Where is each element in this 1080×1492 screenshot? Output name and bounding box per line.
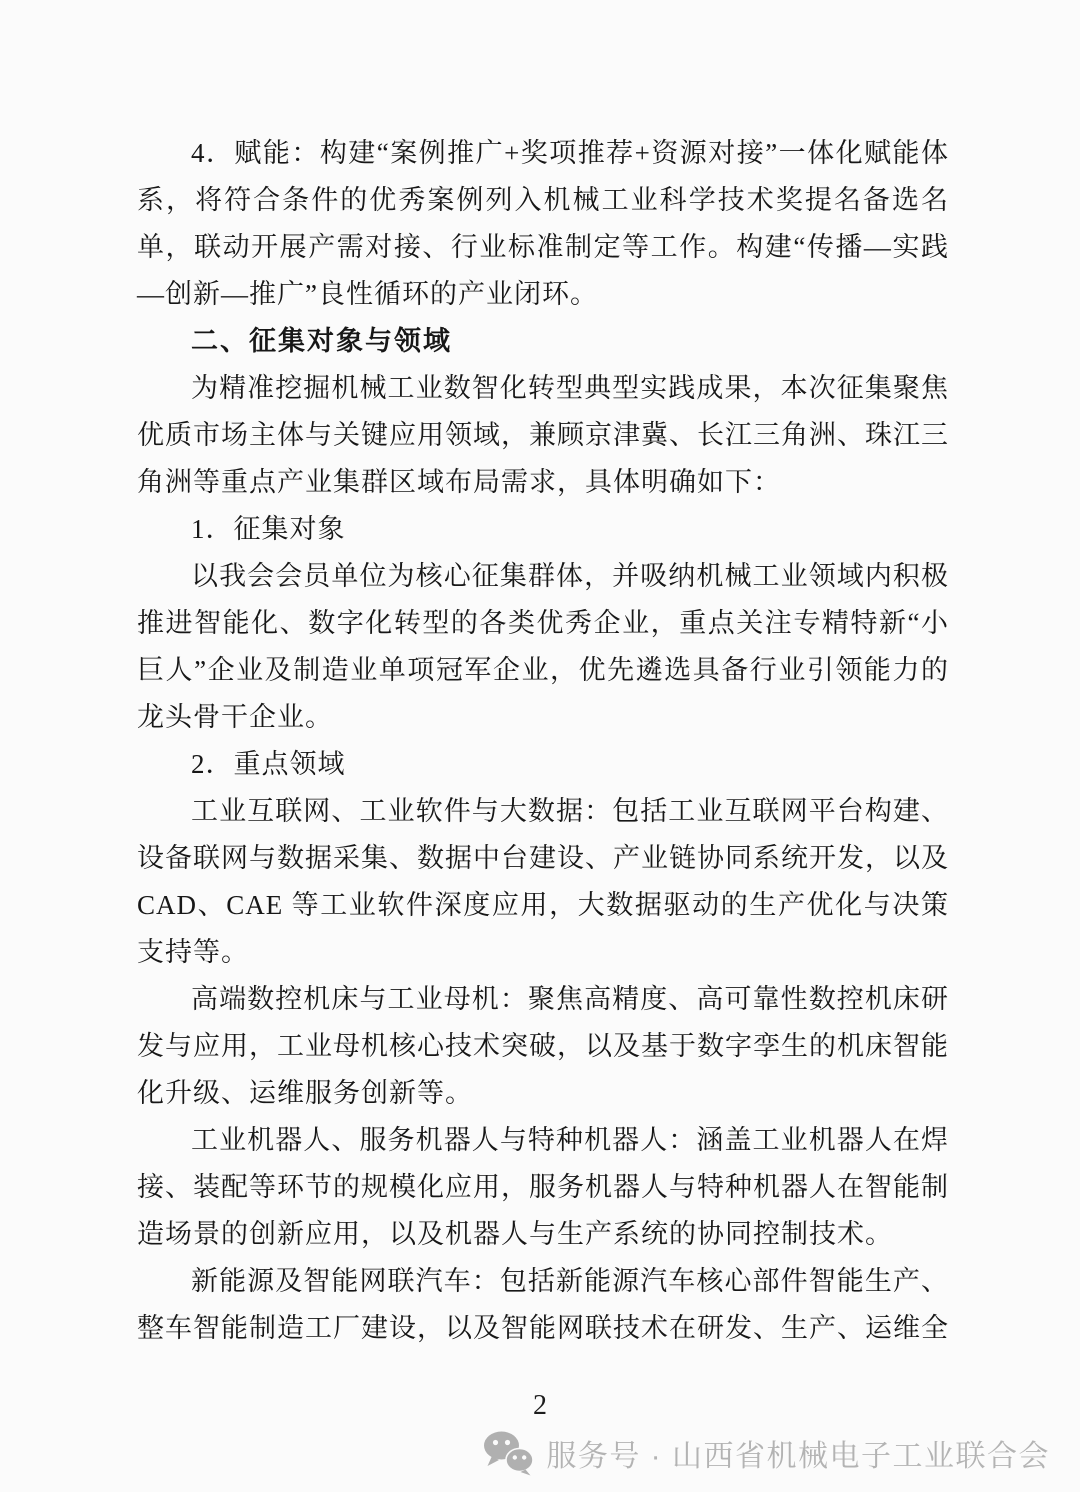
paragraph-intro: 为精准挖掘机械工业数智化转型典型实践成果，本次征集聚焦优质市场主体与关键应用领域…	[137, 365, 949, 506]
document-body: 4．赋能：构建“案例推广+奖项推荐+资源对接”一体化赋能体系，将符合条件的优秀案…	[137, 130, 949, 1352]
subheading-key-fields: 2．重点领域	[137, 741, 949, 788]
wechat-watermark: 服务号 · 山西省机械电子工业联合会	[482, 1424, 1050, 1482]
document-page: 4．赋能：构建“案例推广+奖项推荐+资源对接”一体化赋能体系，将符合条件的优秀案…	[0, 0, 1080, 1492]
paragraph-collection-targets: 以我会会员单位为核心征集群体，并吸纳机械工业领域内积极推进智能化、数字化转型的各…	[137, 553, 949, 741]
paragraph-empowerment: 4．赋能：构建“案例推广+奖项推荐+资源对接”一体化赋能体系，将符合条件的优秀案…	[137, 130, 949, 318]
wechat-account-label: 服务号 · 山西省机械电子工业联合会	[546, 1431, 1050, 1475]
paragraph-nev-vehicles: 新能源及智能网联汽车：包括新能源汽车核心部件智能生产、整车智能制造工厂建设，以及…	[137, 1258, 949, 1352]
wechat-icon	[482, 1428, 536, 1478]
paragraph-cnc-machine-tools: 高端数控机床与工业母机：聚焦高精度、高可靠性数控机床研发与应用，工业母机核心技术…	[137, 976, 949, 1117]
subheading-collection-targets: 1．征集对象	[137, 506, 949, 553]
section-heading-collection-scope: 二、征集对象与领域	[137, 318, 949, 365]
page-number: 2	[0, 1390, 1080, 1422]
paragraph-robots: 工业机器人、服务机器人与特种机器人：涵盖工业机器人在焊接、装配等环节的规模化应用…	[137, 1117, 949, 1258]
paragraph-industrial-internet: 工业互联网、工业软件与大数据：包括工业互联网平台构建、设备联网与数据采集、数据中…	[137, 788, 949, 976]
